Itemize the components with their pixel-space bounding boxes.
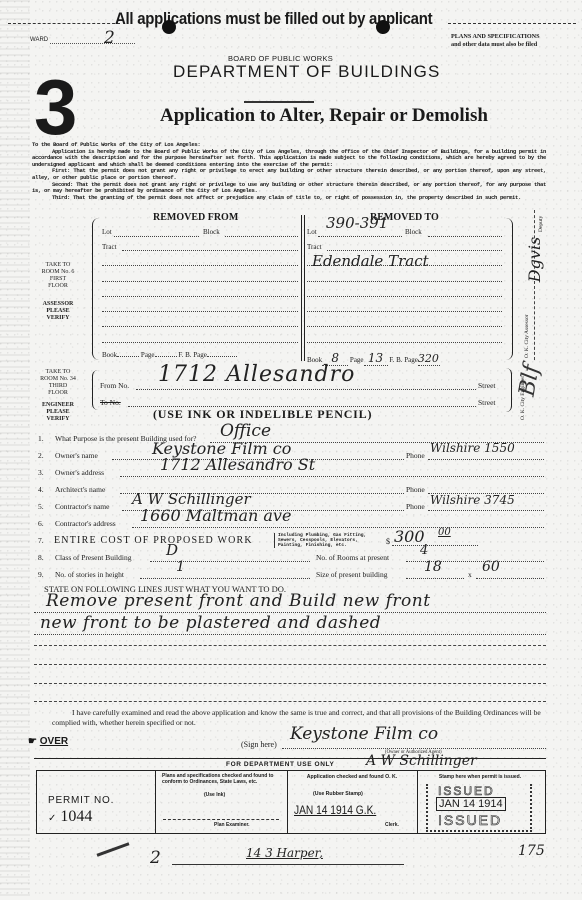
from-lot-field[interactable] [114,236,199,237]
footer-left: 2 [150,848,161,868]
condition-third: Third: That the granting of the permit d… [32,195,546,202]
department-title: DEPARTMENT OF BUILDINGS [173,62,441,82]
class-row: 8.Class of Present Building [38,553,131,562]
field-row-5: 5.Contractor's name [38,502,109,511]
to-lot-value: 390-391 [326,214,388,232]
stories-row: 9.No. of stories in height [38,570,124,579]
to-block-label: Block [405,228,422,236]
from-extra-line-5[interactable] [102,326,298,327]
purpose-value: Office [220,421,271,441]
work-line-4[interactable] [34,664,546,665]
removed-from-heading: REMOVED FROM [153,212,238,223]
to-tract-field[interactable] [327,250,502,251]
owner-phone-label: Phone [406,451,425,460]
work-line-2-value: new front to be plastered and dashed [40,613,381,633]
contractor-phone-label: Phone [406,502,425,511]
work-line-1-value: Remove present front and Build new front [46,591,431,611]
from-book-row: Book Page F. B. Page [102,351,237,359]
assessor-ok-label: O. K. City Assessor [524,314,530,358]
from-no-value: 1712 Allesandro [158,362,355,387]
sign-here-label: (Sign here) [241,740,277,749]
class-value: D [166,541,178,559]
size-width-value: 18 [424,559,442,575]
checked-date-stamp: JAN 14 1914 G.K. [294,803,376,817]
from-block-field[interactable] [225,236,298,237]
cost-note: Including Plumbing, Gas Fitting, Sewers,… [274,533,382,548]
size-label: Size of present building [316,570,387,579]
field-row-3: 3.Owner's address [38,468,104,477]
use-ink-note: (Use Ink) [204,792,225,798]
to-page-value: 13 [364,351,388,366]
side-note-engineer: ENGINEER PLEASE VERIFY [30,402,86,423]
from-tract-field[interactable] [122,250,298,251]
footer-rule [172,864,404,865]
to-extra-line-6[interactable] [307,342,502,343]
footer-middle: 14 3 Harper, [246,846,323,860]
to-lot-label: Lot [307,228,317,236]
issued-stamp: ISSUED JAN 14 1914 ISSUED [426,784,532,832]
dept-divider-3 [417,770,418,833]
owner-phone-field[interactable] [428,459,544,460]
issued-stamp-date: JAN 14 1914 [436,797,506,811]
size-depth-value: 60 [482,559,500,575]
to-extra-line-5[interactable] [307,326,502,327]
ink-note: (USE INK OR INDELIBLE PENCIL) [153,407,372,422]
location-divider [301,215,305,361]
from-block-label: Block [203,228,220,236]
to-extra-line-4[interactable] [307,311,502,312]
architect-phone-label: Phone [406,485,425,494]
preamble-paragraph: Application is hereby made to the Board … [32,149,546,169]
to-extra-line-3[interactable] [307,296,502,297]
contractor-address-value: 1660 Maltman ave [140,506,291,525]
street-bracket-right [506,368,512,412]
preamble: To the Board of Public Works of the City… [32,142,546,201]
contractor-address-field[interactable] [132,527,544,528]
plans-note-line1: PLANS AND SPECIFICATIONS [451,33,540,41]
punch-hole-right [376,20,390,34]
issued-stamp-word-bottom: ISSUED [438,812,502,828]
cost-row: 7.ENTIRE COST OF PROPOSED WORK [38,535,253,546]
stories-field[interactable] [140,578,310,579]
field-row-4: 4.Architect's name [38,485,105,494]
owner-phone-value: Wilshire 1550 [430,441,515,455]
signature-field[interactable] [282,748,546,749]
title-rule [244,101,314,103]
owner-address-field[interactable] [120,476,544,477]
left-edge-speckle [0,0,30,900]
rooms-value: 4 [420,543,428,558]
cost-currency: $ [386,537,390,546]
size-x: x [468,570,472,579]
permit-number: ✓ 1044 [48,808,92,826]
footer-right: 175 [518,843,545,859]
dept-divider-1 [155,770,156,833]
class-field[interactable] [150,561,310,562]
from-extra-line-1[interactable] [102,265,298,266]
punch-hole-left [162,20,176,34]
ward-value: 2 [104,28,115,48]
ward-label: WARD [30,37,48,43]
contractor-phone-value: Wilshire 3745 [430,493,515,507]
check-mark-icon: ✓ [48,813,56,824]
from-extra-line-3[interactable] [102,296,298,297]
plan-examiner-label: Plan Examiner. [214,822,250,828]
from-extra-line-6[interactable] [102,342,298,343]
from-extra-line-4[interactable] [102,311,298,312]
cost-cents: 00 [438,527,451,538]
form-number: 3 [34,68,77,146]
cost-label: ENTIRE COST OF PROPOSED WORK [54,535,253,546]
to-no-label: To No. [100,398,121,407]
pointing-hand-icon: ☛ [28,736,37,747]
dept-heading: FOR DEPARTMENT USE ONLY [226,761,334,768]
assessor-ok-line [534,210,535,360]
to-tract-label: Tract [307,243,322,251]
engineer-signature: Blf [515,363,545,398]
stories-value: 1 [176,559,185,575]
banner-line-right [448,23,576,24]
condition-second: Second: That the permit does not grant a… [32,182,546,195]
ward-line [50,43,135,44]
size-width-field[interactable] [406,578,464,579]
signature-value: Keystone Film co [290,724,438,744]
from-no-label: From No. [100,381,129,390]
field-row-2: 2.Owner's name [38,451,98,460]
issued-stamp-word-top: ISSUED [438,784,495,798]
from-no-field[interactable] [136,389,476,390]
permit-label: PERMIT NO. [48,795,114,806]
dept-rule-top [34,758,546,759]
assessor-deputy-label: Deputy [538,216,544,232]
from-street-label: Street [478,381,496,390]
work-line-3[interactable] [34,645,546,646]
work-line-2[interactable] [34,634,546,635]
banner-line-left [8,23,120,24]
rubber-stamp-note: (Use Rubber Stamp) [313,791,363,797]
location-bracket-right [506,218,513,360]
from-extra-line-2[interactable] [102,281,298,282]
condition-first: First: That the permit does not grant an… [32,168,546,181]
contractor-phone-field[interactable] [428,510,544,511]
from-tract-label: Tract [102,243,117,251]
dept-divider-2 [287,770,288,833]
form-title: Application to Alter, Repair or Demolish [160,105,488,127]
assessor-signature: Dgvis [525,237,544,282]
side-note-assessor: ASSESSOR PLEASE VERIFY [30,301,86,322]
plan-examiner-line [163,819,279,820]
plans-note-line2: and other data must also be filed [451,41,540,49]
work-line-6[interactable] [34,701,546,702]
owner-address-value: 1712 Allesandro St [160,455,315,474]
side-note-room6: TAKE TO ROOM No. 6 FIRST FLOOR [30,262,86,290]
stamp-note: Stamp here when permit is issued. [424,774,536,780]
field-row-6: 6.Contractor's address [38,519,116,528]
to-street-label: Street [478,398,496,407]
app-checked-text: Application checked and found O. K. [292,774,412,780]
from-lot-label: Lot [102,228,112,236]
over-label: ☛ OVER [28,736,68,747]
location-bracket-left [92,218,99,360]
to-block-field[interactable] [428,236,502,237]
street-bracket-left [92,370,98,410]
plans-checked-text: Plans and specifications checked and fou… [162,774,280,785]
clerk-label: Clerk. [385,822,399,828]
second-signature: A W Schillinger [366,753,477,769]
rooms-label: No. of Rooms at present [316,553,389,562]
size-depth-field[interactable] [476,578,544,579]
to-lot-field[interactable] [318,236,402,237]
side-note-room34: TAKE TO ROOM No. 34 THIRD FLOOR [30,369,86,397]
to-fb-page-value: 320 [418,352,440,366]
to-extra-value: Edendale Tract [312,252,429,270]
work-line-5[interactable] [34,683,546,684]
to-extra-line-2[interactable] [307,281,502,282]
plans-note: PLANS AND SPECIFICATIONS and other data … [451,33,540,49]
